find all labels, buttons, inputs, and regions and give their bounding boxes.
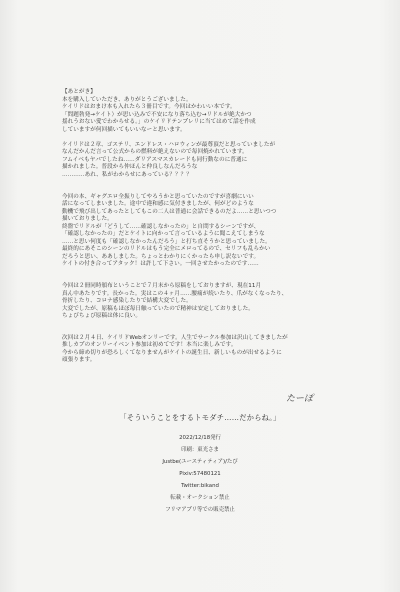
afterword-page: 【あとがき】 本を購入していただき、ありがとうございました。 ケイリドはおまけ本…: [0, 0, 400, 592]
printer: 印刷：東光さま: [0, 444, 400, 456]
afterword-paragraph: 次回は２月４日、ケイリドWebオンリーです。人生でサークル参加は沢山してきました…: [62, 335, 362, 365]
afterword-heading: 【あとがき】: [62, 89, 362, 97]
circle-author: Justbe(ユースティティア)/たぴ: [0, 456, 400, 468]
issue-date: 2022/12/18発行: [0, 432, 400, 444]
afterword-paragraph: ケイリドは２章、ゴステリ、エンドレス・ハロウィンが最尊頂だと思っていましたが な…: [62, 142, 362, 180]
notice-no-resale: フリマアプリ等での販売禁止: [0, 504, 400, 516]
afterword-body: 【あとがき】 本を購入していただき、ありがとうございました。 ケイリドはおまけ本…: [62, 89, 362, 372]
afterword-paragraph: 今回は２冊同時頒布ということで７月末から原稿をしておりますが、現在11月 真ん中…: [62, 283, 362, 321]
afterword-paragraph: 今回の本、ギャグエロ全振りしてやろうかと思っていたのですが喜劇にいい 話になって…: [62, 194, 362, 269]
pixiv-id: Pixiv:57480121: [0, 468, 400, 480]
notice-no-reprint: 転載・オークション禁止: [0, 492, 400, 504]
author-signature: たーぽ: [286, 391, 313, 404]
colophon: 2022/12/18発行 印刷：東光さま Justbe(ユースティティア)/たぴ…: [0, 432, 400, 516]
twitter-id: Twitter:bikand: [0, 480, 400, 492]
colophon-title: 「そういうことをするトモダチ……だからね。」: [0, 413, 400, 423]
afterword-paragraph: 本を購入していただき、ありがとうございました。 ケイリドはおまけ本も入れたら３冊…: [62, 97, 362, 135]
